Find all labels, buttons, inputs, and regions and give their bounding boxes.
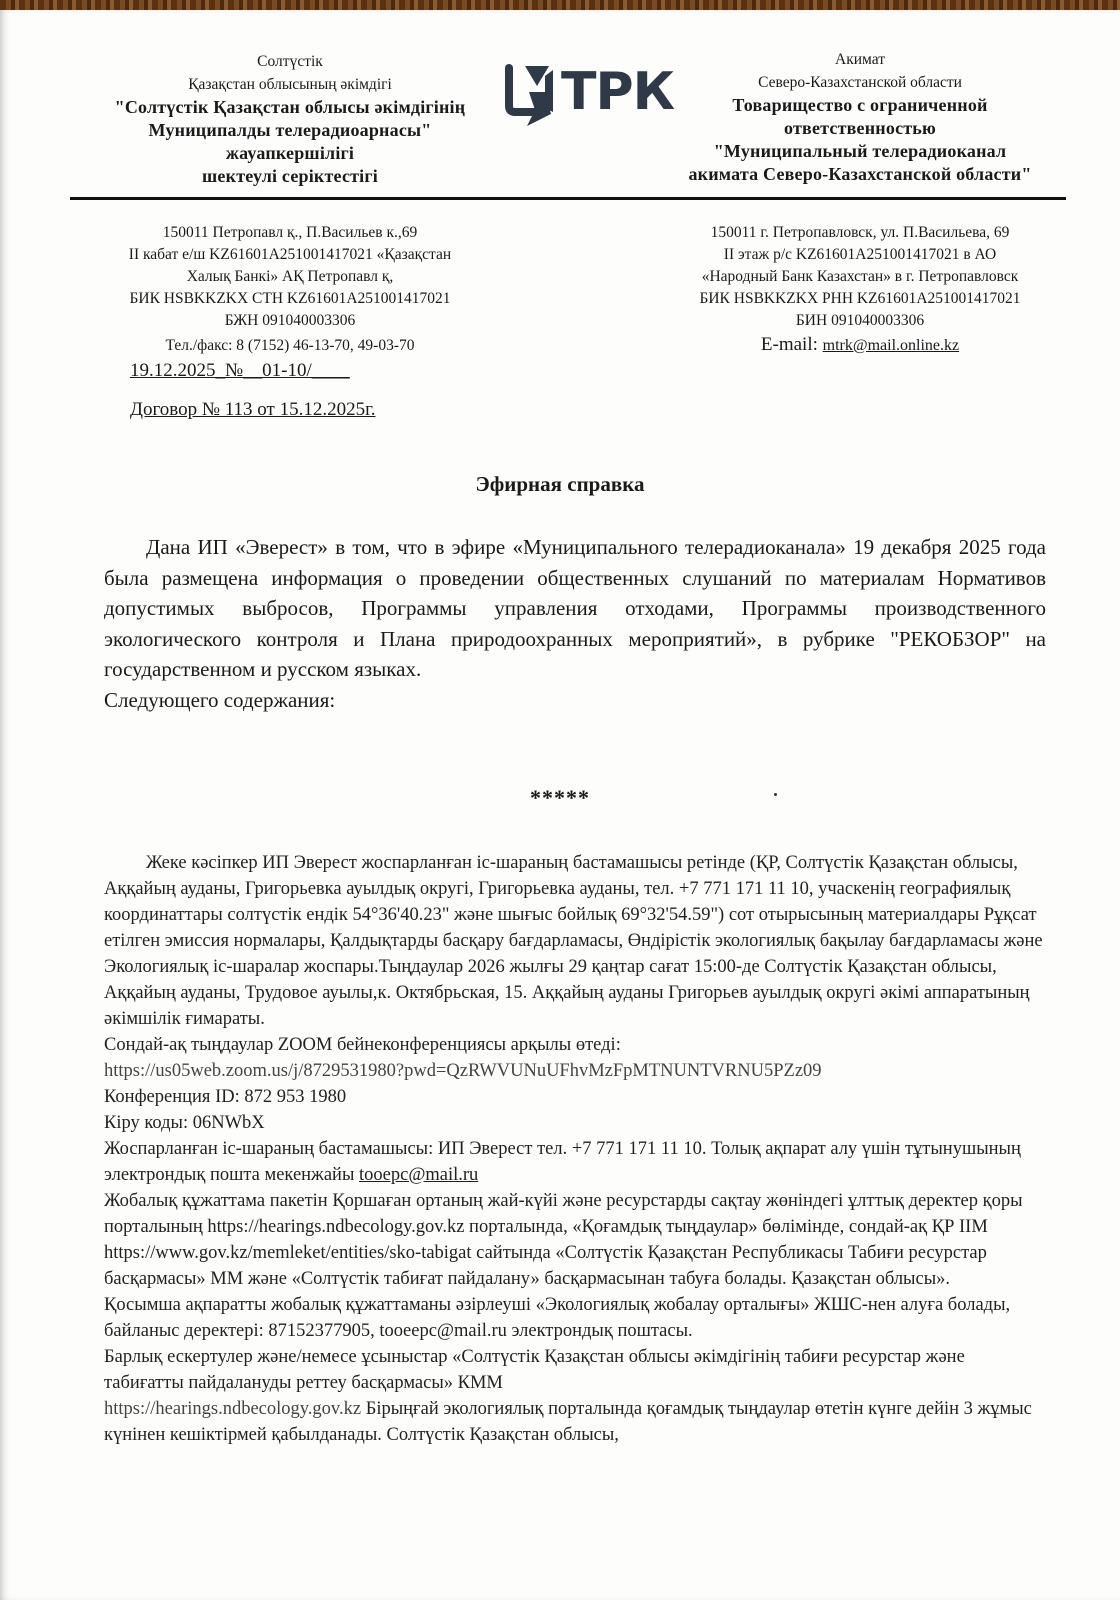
- address-left-line: 150011 Петропавл қ., П.Васильев к.,69: [70, 222, 510, 244]
- header-left-line1: Солтүстік: [70, 50, 510, 73]
- remarks-paragraph-tail: https://hearings.ndbecology.gov.kz Бірың…: [104, 1396, 1044, 1448]
- document-page: Солтүстік Қазақстан облысының әкімдігі "…: [0, 10, 1120, 1600]
- document-title: Эфирная справка: [0, 472, 1120, 497]
- address-right-line: II этаж р/с KZ61601A251001417021 в АО: [650, 244, 1070, 266]
- header-divider: [70, 197, 1066, 200]
- address-right: 150011 г. Петропавловск, ул. П.Васильева…: [650, 222, 1070, 357]
- email-line: E-mail: mtrk@mail.online.kz: [650, 334, 1070, 357]
- separator-stars: *****: [0, 785, 1120, 811]
- header-left-kazakh: Солтүстік Қазақстан облысының әкімдігі "…: [70, 50, 510, 188]
- remarks-paragraph: Барлық ескертулер және/немесе ұсыныстар …: [104, 1344, 1044, 1396]
- zoom-link[interactable]: https://us05web.zoom.us/j/8729531980?pwd…: [104, 1058, 1044, 1084]
- announcement-section: Жеке кәсіпкер ИП Эверест жоспарланған іс…: [104, 850, 1044, 1448]
- address-left-line: Халық Банкі» АҚ Петропавл қ,: [70, 266, 510, 288]
- intro-paragraph: Дана ИП «Эверест» в том, что в эфире «Му…: [104, 532, 1046, 685]
- header-right-bold-1: Товарищество с ограниченной: [650, 94, 1070, 117]
- additional-info-paragraph: Қосымша ақпаратты жобалық құжаттаманы әз…: [104, 1292, 1044, 1344]
- intro-section: Дана ИП «Эверест» в том, что в эфире «Му…: [104, 532, 1046, 715]
- stray-dot: [774, 793, 777, 796]
- remarks-link[interactable]: https://hearings.ndbecology.gov.kz: [104, 1399, 361, 1419]
- header-right-bold-4: акимата Северо-Казахстанской области": [650, 163, 1070, 186]
- email-link[interactable]: mtrk@mail.online.kz: [823, 337, 959, 354]
- header-left-bold-2: Муниципалды телерадиоарнасы": [70, 119, 510, 142]
- address-right-line: БИН 091040003306: [650, 310, 1070, 332]
- address-right-line: БИК HSBKKZKX РНН KZ61601A251001417021: [650, 288, 1070, 310]
- initiator-text: Жоспарланған іс-шараның бастамашысы: ИП …: [104, 1139, 1021, 1185]
- conference-id: Конференция ID: 872 953 1980: [104, 1084, 1044, 1110]
- header-right-line2: Северо-Казахстанской области: [650, 71, 1070, 94]
- header-left-bold-1: "Солтүстік Қазақстан облысы әкімдігінің: [70, 96, 510, 119]
- address-left: 150011 Петропавл қ., П.Васильев к.,69 ІІ…: [70, 222, 510, 357]
- access-code: Кіру коды: 06NWbX: [104, 1110, 1044, 1136]
- registration-number: 19.12.2025_№__01-10/____: [130, 360, 350, 382]
- address-left-line: БЖН 091040003306: [70, 310, 510, 332]
- header-right-russian: Акимат Северо-Казахстанской области Това…: [650, 48, 1070, 186]
- initiator-paragraph: Жоспарланған іс-шараның бастамашысы: ИП …: [104, 1136, 1044, 1188]
- documents-paragraph: Жобалық құжаттама пакетін Қоршаған ортан…: [104, 1188, 1044, 1292]
- header-right-bold-2: ответственностью: [650, 117, 1070, 140]
- initiator-email-link[interactable]: tooepc@mail.ru: [359, 1165, 478, 1185]
- announcement-p1: Жеке кәсіпкер ИП Эверест жоспарланған іс…: [104, 850, 1044, 1032]
- mtrk-logo-icon: [505, 62, 565, 132]
- address-left-phone: Тел./факс: 8 (7152) 46-13-70, 49-03-70: [70, 335, 510, 357]
- header-left-bold-3: жауапкершілігі: [70, 142, 510, 165]
- header-left-bold-4: шектеулі серіктестігі: [70, 165, 510, 188]
- contract-reference: Договор № 113 от 15.12.2025г.: [130, 399, 376, 421]
- address-left-line: БИК HSBKKZKX СТН KZ61601A251001417021: [70, 288, 510, 310]
- address-left-line: ІІ кабат е/ш KZ61601A251001417021 «Қазақ…: [70, 244, 510, 266]
- zoom-intro: Сондай-ақ тыңдаулар ZOOM бейнеконференци…: [104, 1032, 1044, 1058]
- address-right-line: 150011 г. Петропавловск, ул. П.Васильева…: [650, 222, 1070, 244]
- header-right-bold-3: "Муниципальный телерадиоканал: [650, 140, 1070, 163]
- header-left-line2: Қазақстан облысының әкімдігі: [70, 73, 510, 96]
- email-label: E-mail:: [761, 334, 823, 355]
- header-right-line1: Акимат: [650, 48, 1070, 71]
- address-right-line: «Народный Банк Казахстан» в г. Петропавл…: [650, 266, 1070, 288]
- intro-following: Следующего содержания:: [104, 685, 1046, 716]
